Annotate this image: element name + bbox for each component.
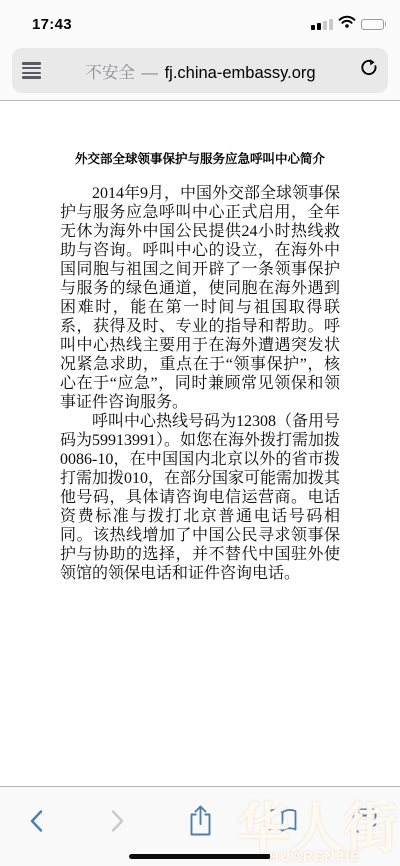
browser-chrome: 不安全 — fj.china-embassy.org [0, 44, 400, 101]
status-bar: 17:43 [0, 0, 400, 44]
article-paragraph: 2014年9月，中国外交部全球领事保护与服务应急呼叫中心正式启用，全年无休为海外… [60, 184, 340, 412]
address-bar[interactable]: 不安全 — fj.china-embassy.org [12, 48, 388, 93]
bookmarks-button[interactable] [260, 800, 304, 844]
page-title: 外交部全球领事保护与服务应急呼叫中心简介 [60, 149, 340, 167]
cellular-signal-icon [311, 19, 333, 30]
back-button[interactable] [14, 800, 58, 844]
url-text[interactable]: 不安全 — fj.china-embassy.org [41, 59, 360, 83]
open-book-icon [267, 808, 298, 837]
url-separator: — [139, 64, 160, 82]
share-button[interactable] [178, 800, 222, 844]
home-indicator[interactable] [129, 854, 271, 859]
reader-mode-icon[interactable] [22, 62, 41, 78]
chevron-left-icon [29, 809, 43, 836]
webpage-content: 外交部全球领事保护与服务应急呼叫中心简介 2014年9月，中国外交部全球领事保护… [0, 101, 400, 741]
refresh-icon[interactable] [360, 58, 378, 83]
security-label: 不安全 [85, 64, 135, 82]
clock: 17:43 [32, 16, 72, 33]
article: 外交部全球领事保护与服务应急呼叫中心简介 2014年9月，中国外交部全球领事保护… [60, 101, 340, 583]
tabs-button[interactable] [342, 800, 386, 844]
wifi-icon [338, 15, 356, 33]
forward-button[interactable] [96, 800, 140, 844]
phone-screen: 17:43 不安全 — fj.china-embassy.org [0, 0, 400, 866]
battery-icon [361, 19, 387, 30]
status-icons [311, 15, 387, 33]
share-icon [187, 804, 214, 840]
url-host: fj.china-embassy.org [165, 64, 316, 82]
overlapping-squares-icon [351, 807, 378, 837]
chevron-right-icon [111, 809, 125, 836]
article-paragraph: 呼叫中心热线号码为12308（备用号码为59913991）。如您在海外拨打需加拨… [60, 412, 340, 583]
